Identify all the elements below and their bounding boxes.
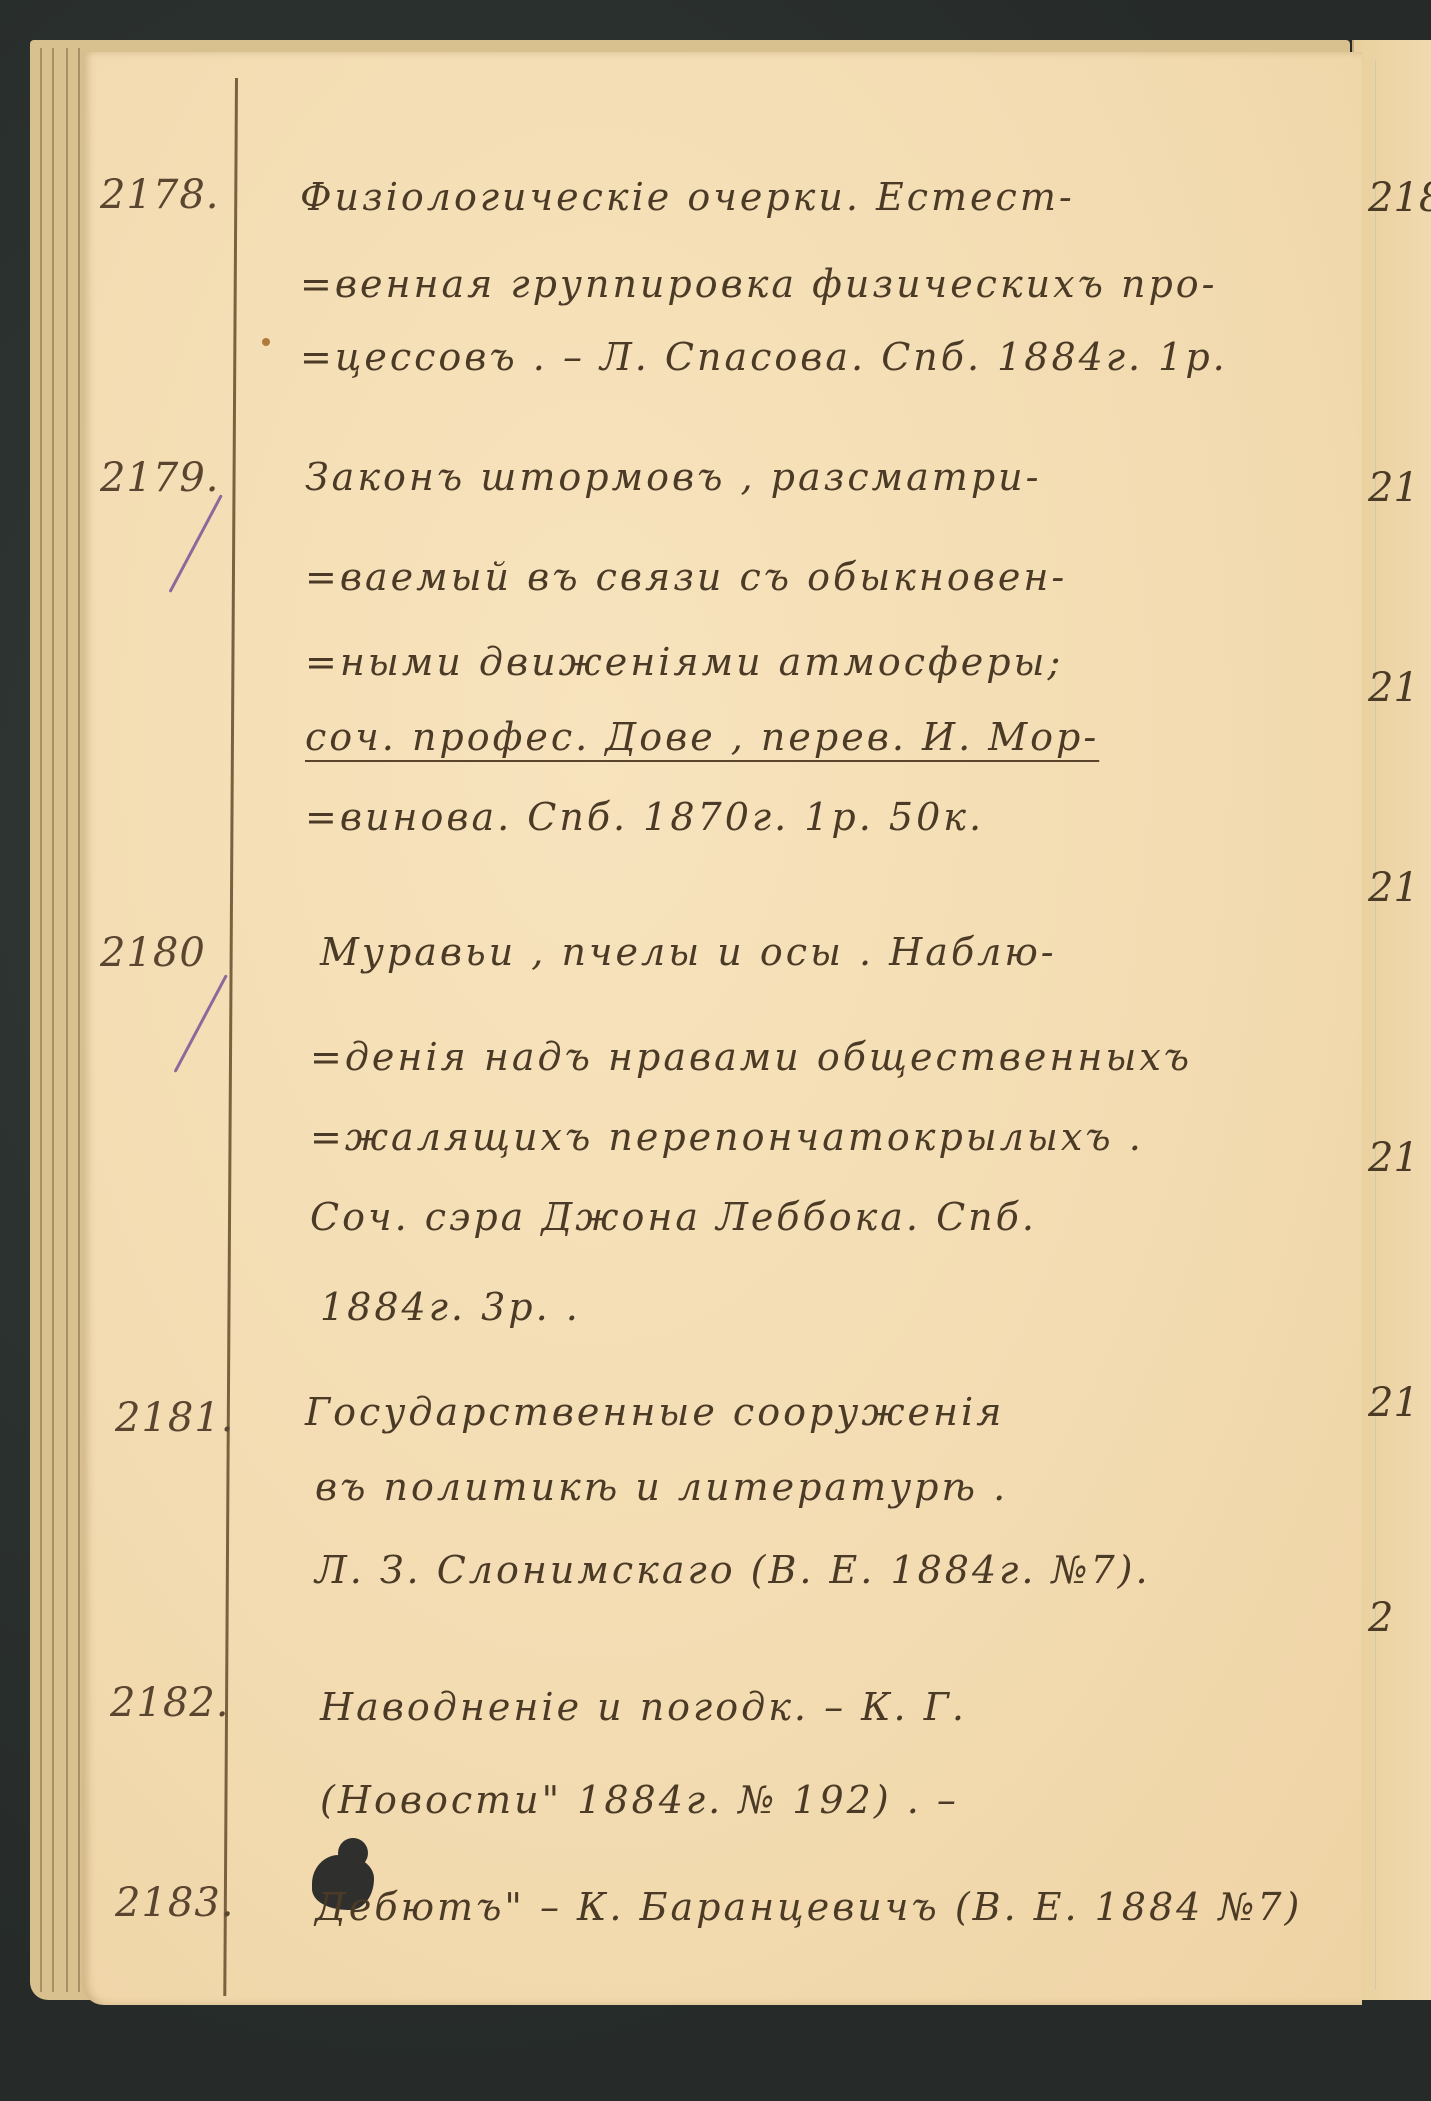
facing-page-number: 21 — [1368, 1135, 1419, 1181]
facing-page-number: 218 — [1368, 175, 1431, 221]
entry-number: 2181. — [115, 1395, 235, 1441]
entry-line: =цессовъ . – Л. Спасова. Спб. 1884г. 1р. — [300, 335, 1228, 379]
page-edge — [66, 48, 68, 1992]
entry-line: =венная группировка физическихъ про- — [300, 262, 1218, 306]
entry-line: Государственные сооруженiя — [305, 1390, 1004, 1434]
facing-page-number: 21 — [1368, 465, 1419, 511]
entry-line: Физiологическiе очерки. Естест- — [300, 175, 1075, 219]
entry-line: Л. З. Слонимскаго (В. Е. 1884г. №7). — [315, 1548, 1151, 1592]
entry-line: въ политикѣ и литературѣ . — [315, 1465, 1008, 1509]
entry-number: 2180 — [100, 930, 206, 976]
entry-line: Наводненiе и погодк. – К. Г. — [320, 1685, 967, 1729]
entry-number: 2182. — [110, 1680, 230, 1726]
entry-number: 2178. — [100, 172, 220, 218]
entry-line: =ваемый въ связи съ обыкновен- — [305, 555, 1067, 599]
facing-page-strip — [1352, 40, 1431, 2000]
entry-line: =денiя надъ нравами общественныхъ — [310, 1035, 1192, 1079]
facing-page-number: 21 — [1368, 865, 1419, 911]
ink-dot — [262, 338, 270, 346]
entry-line: (Новости" 1884г. № 192) . – — [320, 1778, 959, 1822]
entry-number: 2179. — [100, 455, 220, 501]
entry-line: 1884г. 3р. . — [320, 1285, 581, 1329]
entry-line: Соч. сэра Джона Леббока. Спб. — [310, 1195, 1037, 1239]
entry-line: соч. профес. Дове , перев. И. Мор- — [305, 715, 1099, 759]
page-edge — [40, 48, 42, 1992]
entry-line: Законъ штормовъ , разсматри- — [305, 455, 1041, 499]
facing-page-number: 2 — [1368, 1595, 1393, 1641]
facing-page-number: 21 — [1368, 1380, 1419, 1426]
entry-line: Дебютъ" – К. Баранцевичъ (В. Е. 1884 №7) — [315, 1885, 1302, 1929]
entry-line: =ными движенiями атмосферы; — [305, 640, 1063, 684]
page-edge — [52, 48, 54, 1992]
faint-ruling-line — [1375, 60, 1376, 1990]
facing-page-number: 21 — [1368, 665, 1419, 711]
entry-line: =винова. Спб. 1870г. 1р. 50к. — [305, 795, 984, 839]
entry-number: 2183. — [115, 1880, 235, 1926]
page-edge — [78, 48, 80, 1992]
entry-line: Муравьи , пчелы и осы . Наблю- — [320, 930, 1057, 974]
entry-line: =жалящихъ перепончатокрылыхъ . — [310, 1115, 1144, 1159]
